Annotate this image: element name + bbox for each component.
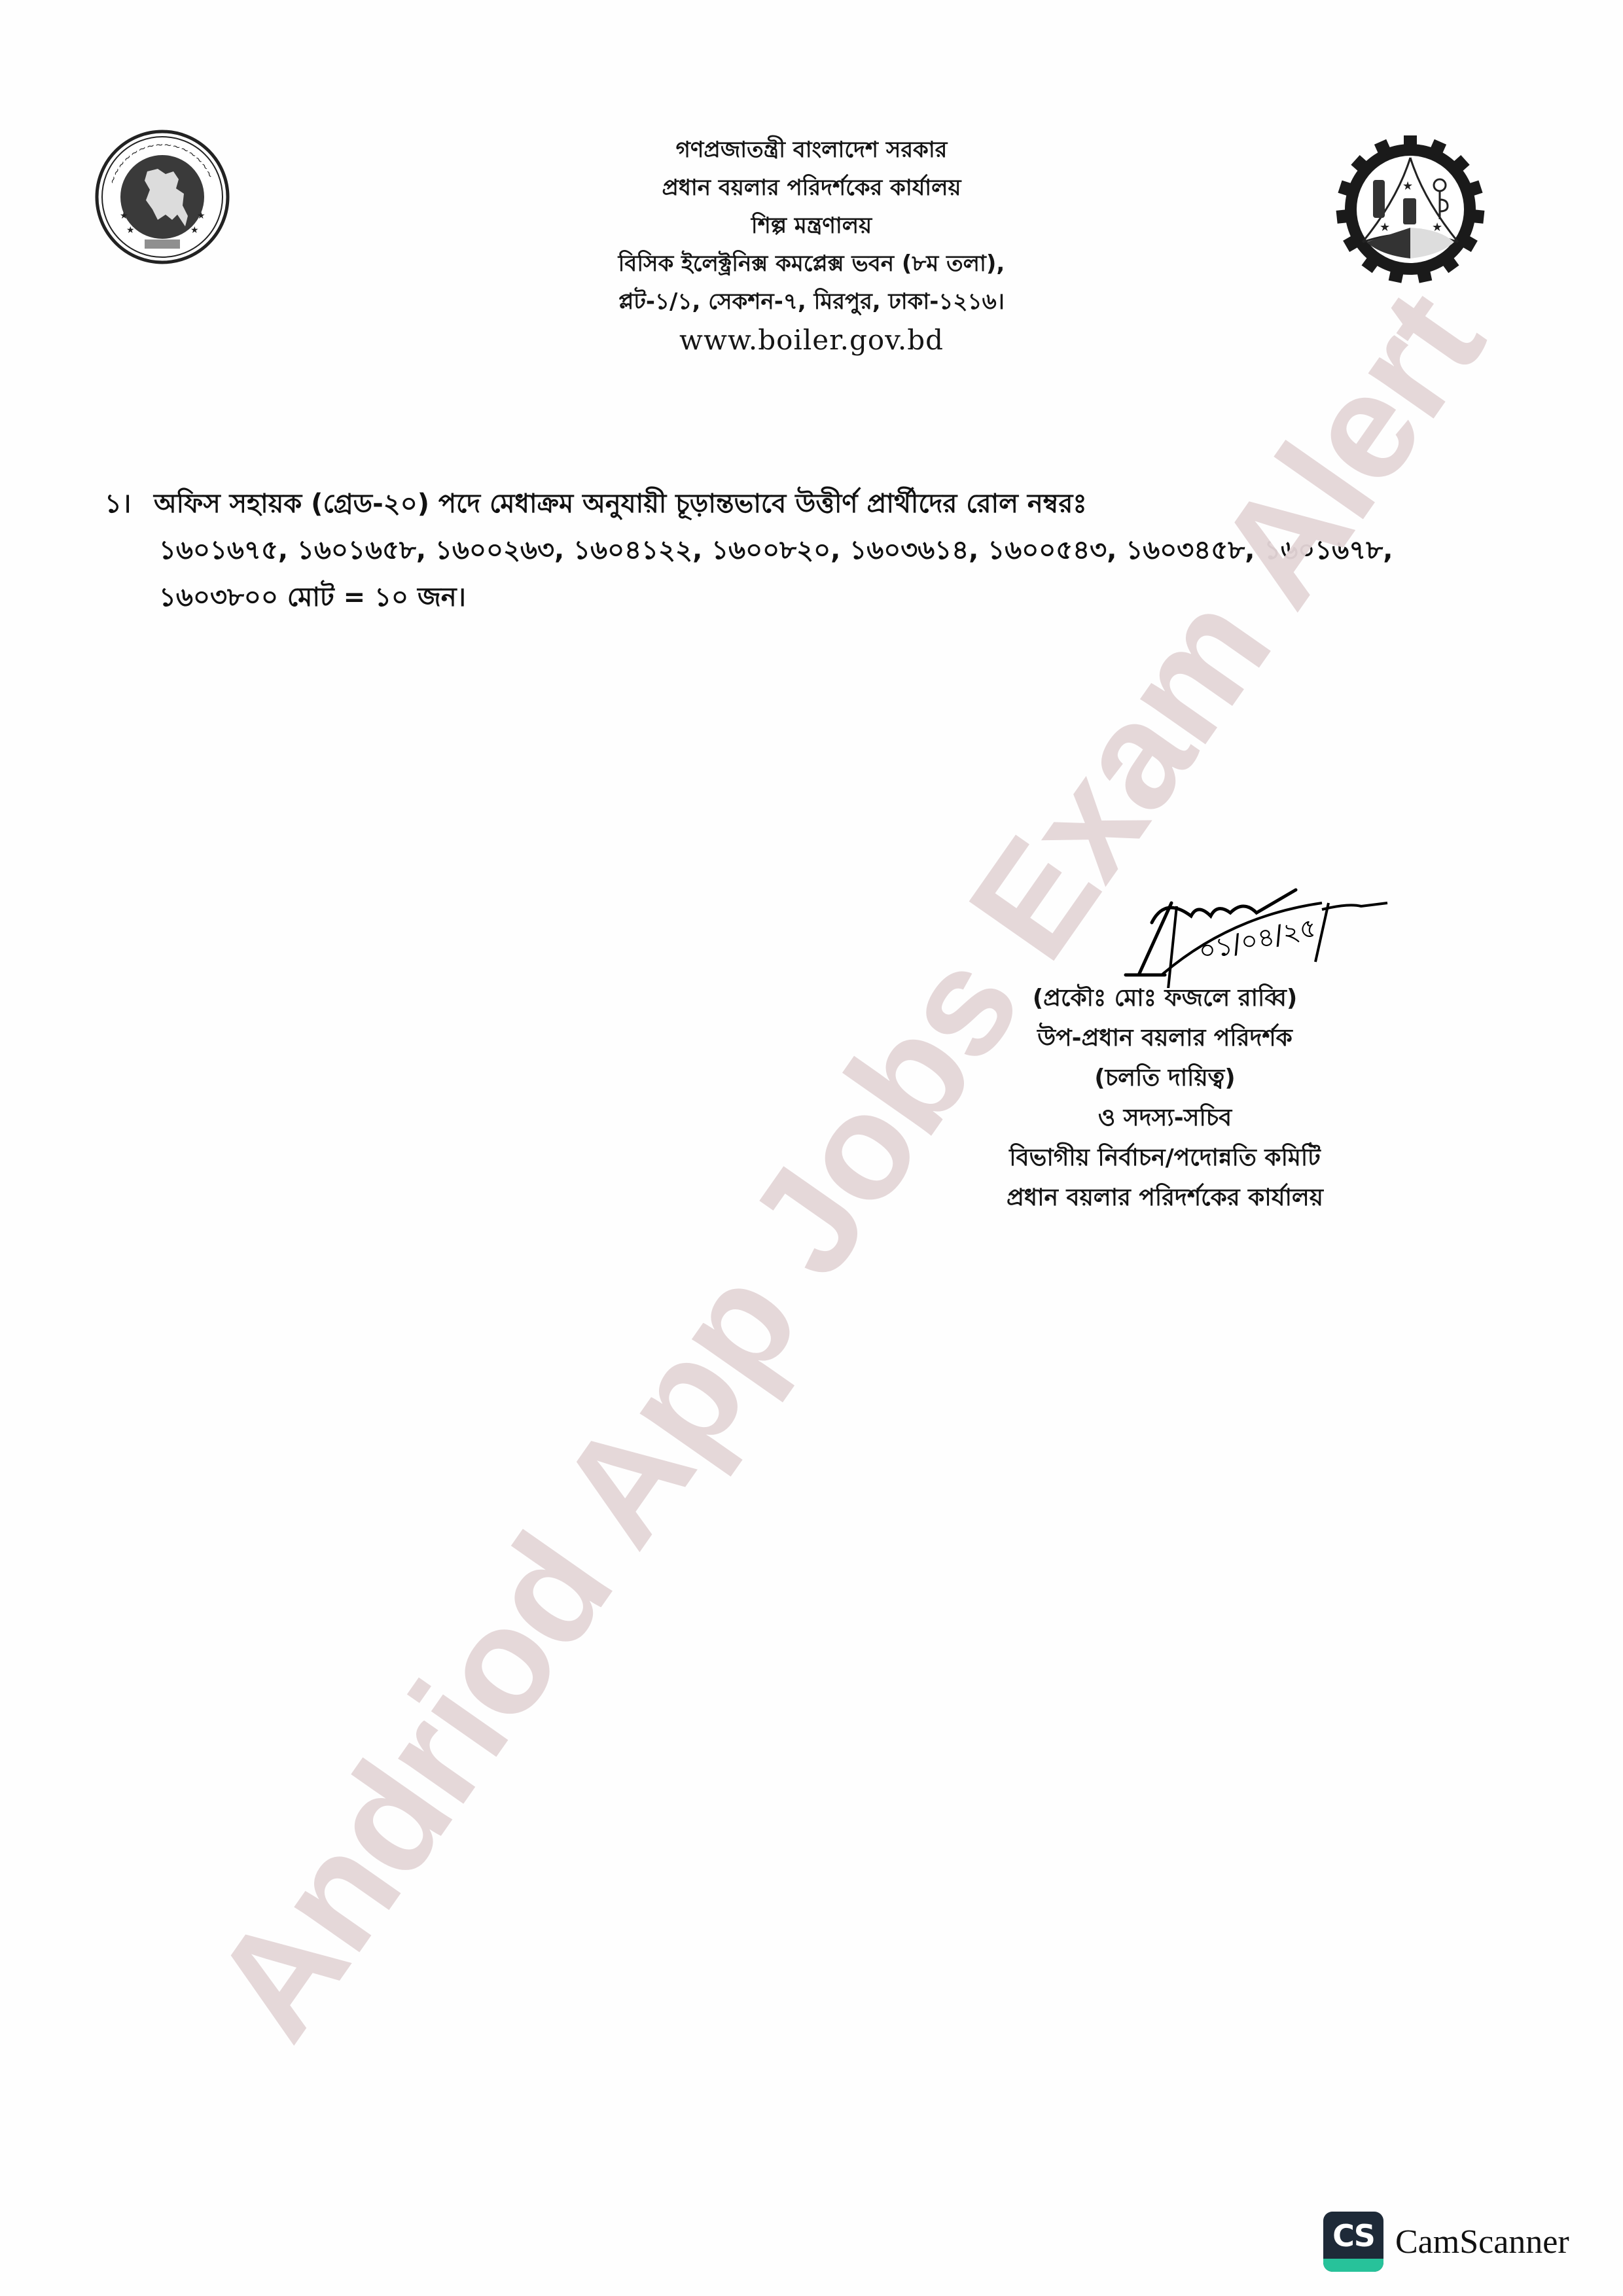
roll-number: ১৬০১৬৫৮ — [297, 535, 416, 565]
roll-number: ১৬০০৫৪৩ — [988, 535, 1107, 565]
camscanner-brand: CamScanner — [1395, 2223, 1569, 2261]
roll-number: ১৬০১৬৭৮ — [1264, 535, 1383, 565]
item-heading: অফিস সহায়ক (গ্রেড-২০) পদে মেধাক্রম অনুয… — [154, 489, 1087, 519]
handwritten-signature-icon: ০১/০৪/২৫ — [1099, 877, 1427, 988]
svg-text:★: ★ — [1380, 221, 1390, 234]
total-count: মোট = ১০ জন। — [287, 582, 466, 612]
document-page: ★ ★ ★ ★ ~~~~~~~~~~~~~~~ গণপ্রজাতন্ত্রী ব… — [0, 0, 1623, 2296]
header-address-plot: প্লট-১/১, সেকশন-৭, মিরপুর, ঢাকা-১২১৬। — [0, 283, 1623, 321]
signatory-designation: উপ-প্রধান বয়লার পরিদর্শক — [916, 1018, 1414, 1058]
svg-text:০১/০৪/২৫: ০১/০৪/২৫ — [1196, 913, 1319, 967]
svg-text:★: ★ — [1432, 221, 1442, 234]
signatory-charge: (চলতি দায়িত্ব) — [916, 1058, 1414, 1098]
roll-number: ১৬০৩৪৫৮ — [1126, 535, 1245, 565]
roll-number: ১৬০১৬৭৫ — [159, 535, 278, 565]
signatory-name: (প্রকৌঃ মোঃ ফজলে রাব্বি) — [916, 978, 1414, 1018]
item-number: ১। — [105, 481, 154, 527]
result-item: ১।অফিস সহায়ক (গ্রেড-২০) পদে মেধাক্রম অন… — [105, 481, 1544, 621]
signatory-office: প্রধান বয়লার পরিদর্শকের কার্যালয় — [916, 1178, 1414, 1218]
roll-number-list: ১৬০১৬৭৫, ১৬০১৬৫৮, ১৬০০২৬৩, ১৬০৪১২২, ১৬০০… — [159, 527, 1544, 621]
roll-number: ১৬০৪১২২ — [573, 535, 692, 565]
signatory-role: ও সদস্য-সচিব — [916, 1098, 1414, 1138]
svg-text:★: ★ — [1402, 179, 1413, 193]
chief-inspector-of-boilers-emblem-icon: ★ ★ ★ — [1335, 134, 1486, 285]
roll-number: ১৬০৩৮০০ — [159, 582, 278, 612]
signatory-committee: বিভাগীয় নির্বাচন/পদোন্নতি কমিটি — [916, 1138, 1414, 1178]
roll-number: ১৬০৩৬১৪ — [849, 535, 969, 565]
camscanner-logo: CS CamScanner — [1323, 2212, 1569, 2272]
roll-number: ১৬০০২৬৩ — [435, 535, 554, 565]
header-website: www.boiler.gov.bd — [0, 321, 1623, 360]
camscanner-badge-icon: CS — [1323, 2212, 1383, 2272]
roll-number: ১৬০০৮২০ — [711, 535, 830, 565]
